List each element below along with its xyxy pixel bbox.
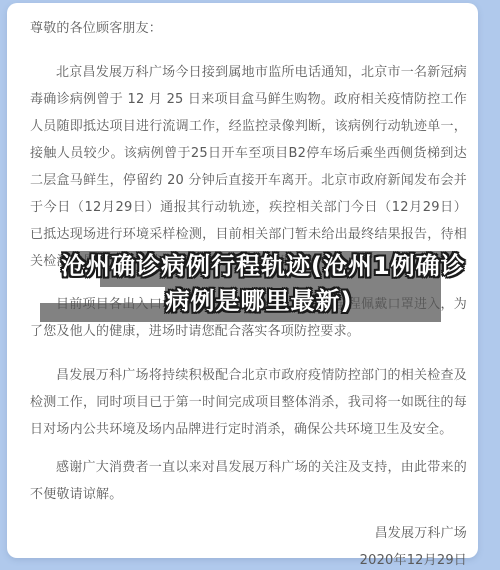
notice-card: 尊敬的各位顾客朋友： 北京昌发展万科广场今日接到属地市监所电话通知，北京市一名新…: [7, 3, 478, 558]
notice-paragraph-2: 目前项目各出入口均严格执行测温验码，顾客需全程佩戴口罩进入，为了您及他人的健康，…: [30, 291, 467, 345]
notice-greeting: 尊敬的各位顾客朋友：: [30, 15, 467, 42]
signature-org: 昌发展万科广场: [30, 520, 467, 547]
notice-paragraph-3: 昌发展万科广场将持续积极配合北京市政府疫情防控部门的相关检查及检测工作，同时项目…: [30, 362, 467, 443]
page-background: { "colors": { "page_background": "#b0c9e…: [0, 0, 500, 570]
notice-paragraph-1: 北京昌发展万科广场今日接到属地市监所电话通知，北京市一名新冠病毒确诊病例曾于 1…: [30, 59, 467, 275]
notice-paragraph-4: 感谢广大消费者一直以来对昌发展万科广场的关注及支持，由此带来的不便敬请谅解。: [30, 454, 467, 508]
notice-signature: 昌发展万科广场 2020年12月29日: [30, 520, 467, 570]
notice-content: 尊敬的各位顾客朋友： 北京昌发展万科广场今日接到属地市监所电话通知，北京市一名新…: [7, 3, 478, 570]
signature-date: 2020年12月29日: [30, 547, 467, 570]
